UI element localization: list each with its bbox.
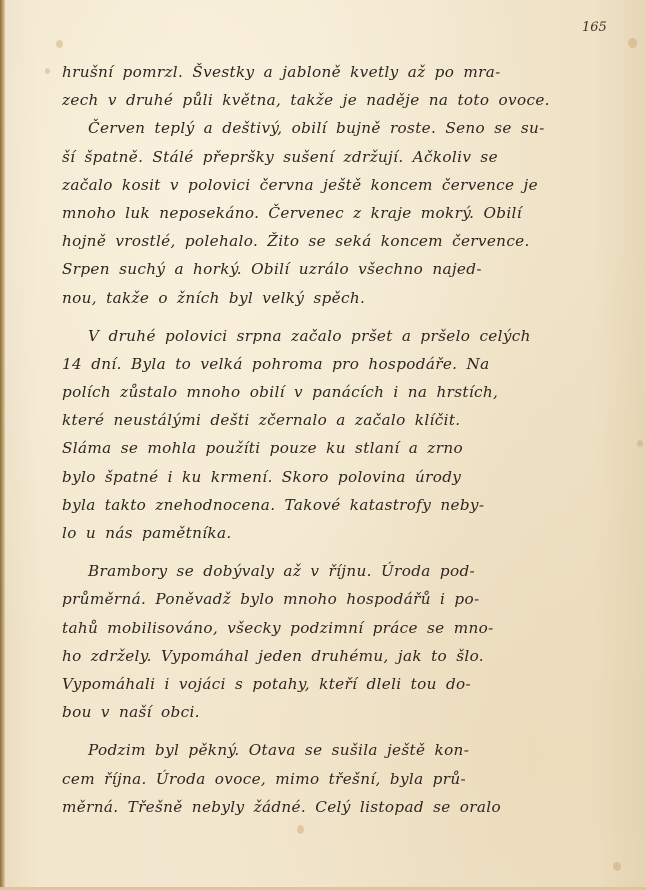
text-line: ho zdržely. Vypomáhal jeden druhému, jak… [62, 642, 582, 670]
text-line: bylo špatné i ku krmení. Skoro polovina … [62, 463, 582, 491]
text-line: nou, takže o žních byl velký spěch. [62, 284, 582, 312]
handwritten-text-block: hrušní pomrzl. Švestky a jabloně kvetly … [62, 58, 582, 821]
paper-stain [637, 440, 643, 447]
text-line: hojně vrostlé, polehalo. Žito se seká ko… [62, 227, 582, 255]
text-line: Vypomáhali i vojáci s potahy, kteří dlel… [62, 670, 582, 698]
text-line: hrušní pomrzl. Švestky a jabloně kvetly … [62, 58, 582, 86]
text-line: měrná. Třešně nebyly žádné. Celý listopa… [62, 793, 582, 821]
text-line: V druhé polovici srpna začalo pršet a pr… [62, 322, 582, 350]
text-line: lo u nás pamětníka. [62, 519, 582, 547]
text-line: 14 dní. Byla to velká pohroma pro hospod… [62, 350, 582, 378]
text-line: cem října. Úroda ovoce, mimo třešní, byl… [62, 765, 582, 793]
text-line: Podzim byl pěkný. Otava se sušila ještě … [62, 736, 582, 764]
text-line: Sláma se mohla použíti pouze ku stlaní a… [62, 434, 582, 462]
paper-stain [628, 38, 637, 48]
paper-stain [613, 862, 621, 871]
text-line: Červen teplý a deštivý, obilí bujně rost… [62, 114, 582, 142]
paper-stain [56, 40, 63, 48]
text-line: začalo kosit v polovici června ještě kon… [62, 171, 582, 199]
page-number: 165 [582, 20, 607, 35]
binding-edge [0, 0, 5, 890]
text-line: mnoho luk neposekáno. Červenec z kraje m… [62, 199, 582, 227]
text-line: ší špatně. Stálé přepršky sušení zdržují… [62, 143, 582, 171]
text-line: polích zůstalo mnoho obilí v panácích i … [62, 378, 582, 406]
text-line: průměrná. Poněvadž bylo mnoho hospodářů … [62, 585, 582, 613]
text-line: tahů mobilisováno, všecky podzimní práce… [62, 614, 582, 642]
text-line: byla takto znehodnocena. Takové katastro… [62, 491, 582, 519]
text-line: které neustálými dešti zčernalo a začalo… [62, 406, 582, 434]
paper-stain [297, 825, 304, 834]
text-line: zech v druhé půli května, takže je naděj… [62, 86, 582, 114]
text-line: Brambory se dobývaly až v říjnu. Úroda p… [62, 557, 582, 585]
manuscript-page: 165 hrušní pomrzl. Švestky a jabloně kve… [0, 0, 646, 890]
text-line: bou v naší obci. [62, 698, 582, 726]
text-line: Srpen suchý a horký. Obilí uzrálo všechn… [62, 255, 582, 283]
paper-stain [45, 68, 50, 74]
